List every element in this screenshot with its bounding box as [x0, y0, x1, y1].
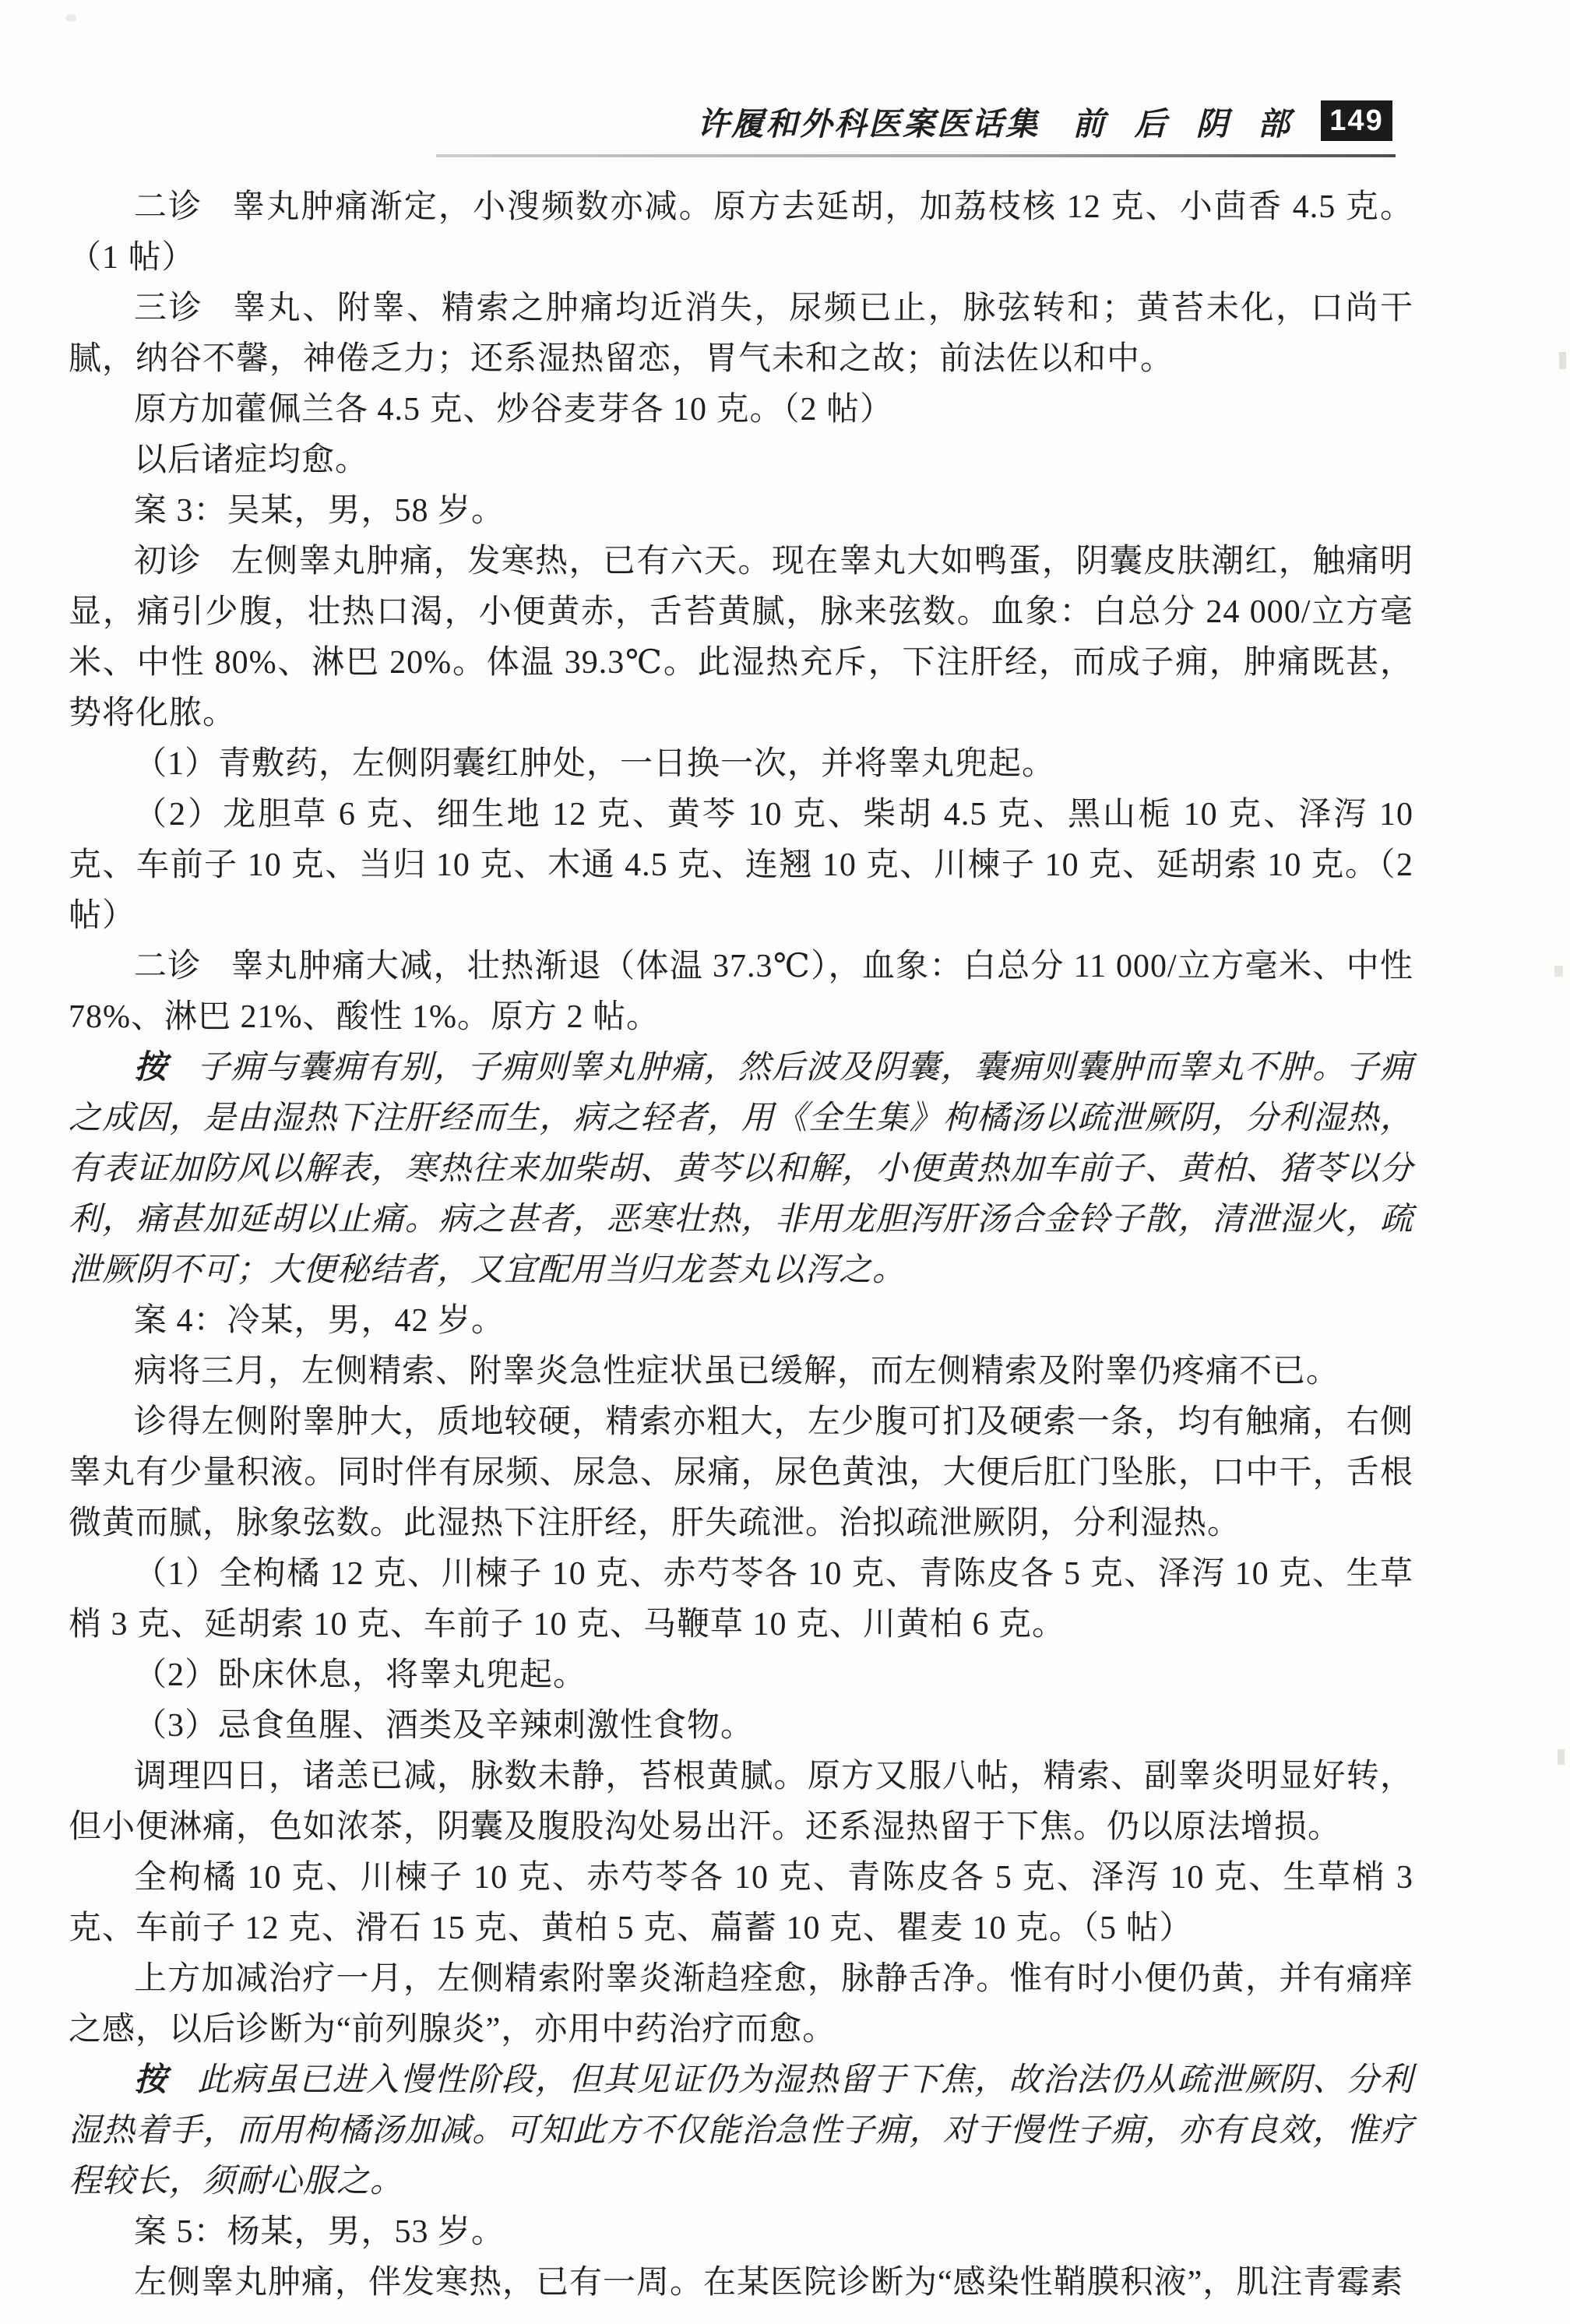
running-head: 许履和外科医案医话集 前 后 阴 部 149	[697, 98, 1392, 143]
paragraph: 上方加减治疗一月，左侧精索附睾炎渐趋痊愈，脉静舌净。惟有时小便仍黄，并有痛痒之感…	[69, 1954, 1413, 2055]
book-page: 许履和外科医案医话集 前 后 阴 部 149 二诊睾丸肿痛渐定，小溲频数亦减。原…	[0, 0, 1570, 2324]
paragraph: 二诊睾丸肿痛大减，壮热渐退（体温 37.3℃），血象：白总分 11 000/立方…	[69, 942, 1413, 1043]
paragraph-lead: 三诊	[134, 290, 203, 326]
paragraph: （1）全枸橘 12 克、川楝子 10 克、赤芍苓各 10 克、青陈皮各 5 克、…	[69, 1549, 1413, 1650]
paragraph-lead: 二诊	[134, 189, 202, 225]
paragraph-lead: 二诊	[134, 949, 202, 984]
paragraph: 案 5：杨某，男，53 岁。	[69, 2207, 1413, 2258]
paragraph: （2）卧床休息，将睾丸兜起。	[69, 1650, 1413, 1701]
paragraph-lead: 按	[134, 1050, 167, 1086]
paragraph: 案 4：冷某，男，42 岁。	[69, 1296, 1413, 1347]
paragraph: 初诊左侧睾丸肿痛，发寒热，已有六天。现在睾丸大如鸭蛋，阴囊皮肤潮红，触痛明显，痛…	[69, 537, 1413, 739]
paragraph: 二诊睾丸肿痛渐定，小溲频数亦减。原方去延胡，加荔枝核 12 克、小茴香 4.5 …	[69, 182, 1413, 283]
paragraph: 调理四日，诸恙已减，脉数未静，苔根黄腻。原方又服八帖，精索、副睾炎明显好转，但小…	[69, 1752, 1413, 1853]
paragraph: 以后诸症均愈。	[69, 435, 1413, 486]
paragraph: （1）青敷药，左侧阴囊红肿处，一日换一次，并将睾丸兜起。	[69, 739, 1413, 790]
paragraph: （2）龙胆草 6 克、细生地 12 克、黄芩 10 克、柴胡 4.5 克、黑山栀…	[69, 790, 1413, 942]
paragraph: 案 3：吴某，男，58 岁。	[69, 486, 1413, 537]
scan-artifact	[1554, 966, 1563, 977]
paragraph: 左侧睾丸肿痛，伴发寒热，已有一周。在某医院诊断为“感染性鞘膜积液”，肌注青霉素	[69, 2258, 1413, 2308]
paragraph: 病将三月，左侧精索、附睾炎急性症状虽已缓解，而左侧精索及附睾仍疼痛不已。	[69, 1347, 1413, 1397]
scan-artifact	[65, 14, 76, 22]
paragraph: 原方加藿佩兰各 4.5 克、炒谷麦芽各 10 克。（2 帖）	[69, 385, 1413, 435]
paragraph: 按此病虽已进入慢性阶段，但其见证仍为湿热留于下焦，故治法仍从疏泄厥阴、分利湿热着…	[69, 2055, 1413, 2207]
scan-artifact	[1558, 1749, 1565, 1765]
paragraph: 全枸橘 10 克、川楝子 10 克、赤芍苓各 10 克、青陈皮各 5 克、泽泻 …	[69, 1853, 1413, 1954]
section-title: 前 后 阴 部	[1072, 98, 1301, 144]
scan-artifact	[1559, 352, 1566, 369]
book-title: 许履和外科医案医话集	[697, 98, 1040, 144]
paragraph: 按子痈与囊痈有别，子痈则睾丸肿痛，然后波及阴囊，囊痈则囊肿而睾丸不肿。子痈之成因…	[69, 1043, 1413, 1296]
paragraph: （3）忌食鱼腥、酒类及辛辣刺激性食物。	[69, 1701, 1413, 1752]
page-number-badge: 149	[1321, 100, 1392, 141]
paragraph-lead: 初诊	[134, 544, 202, 579]
paragraph: 诊得左侧附睾肿大，质地较硬，精索亦粗大，左少腹可扪及硬索一条，均有触痛，右侧睾丸…	[69, 1397, 1413, 1549]
page-body: 二诊睾丸肿痛渐定，小溲频数亦减。原方去延胡，加荔枝核 12 克、小茴香 4.5 …	[69, 182, 1413, 2308]
header-rule	[436, 154, 1396, 157]
paragraph: 三诊睾丸、附睾、精索之肿痛均近消失，尿频已止，脉弦转和；黄苔未化，口尚干腻，纳谷…	[69, 283, 1413, 385]
paragraph-lead: 按	[134, 2062, 167, 2098]
